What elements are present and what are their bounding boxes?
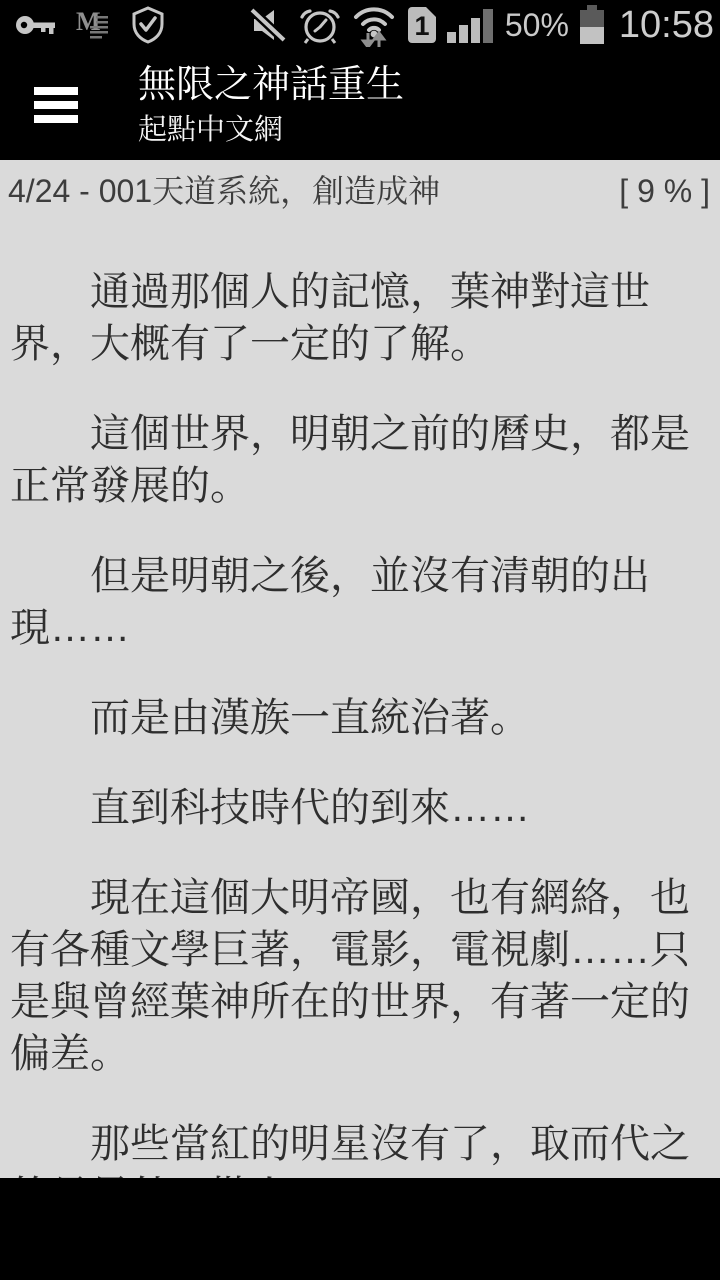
paragraph: 但是明朝之後，並沒有清朝的出現…… (10, 550, 710, 654)
paragraph: 現在這個大明帝國，也有網絡，也有各種文學巨著，電影，電視劇……只是與曾經葉神所在… (10, 872, 710, 1080)
paragraph: 通過那個人的記憶，葉神對這世界，大概有了一定的了解。 (10, 266, 710, 370)
reading-progress-label: [ 9 % ] (619, 174, 710, 208)
wifi-data-arrows-icon (350, 3, 398, 47)
battery-icon (578, 5, 606, 45)
notification-icons: M (16, 6, 166, 44)
app-header: 無限之神話重生 起點中文網 (0, 50, 720, 160)
sim-card-icon: 1 (407, 6, 437, 44)
shield-check-icon (130, 6, 166, 44)
paragraph: 這個世界，明朝之前的曆史，都是正常發展的。 (10, 408, 710, 512)
paragraph: 而是由漢族一直統治著。 (10, 692, 710, 744)
clock-label: 10:58 (619, 4, 714, 47)
book-source: 起點中文網 (138, 112, 404, 148)
m-notification-icon: M (76, 8, 110, 42)
header-titles: 無限之神話重生 起點中文網 (138, 62, 404, 148)
system-status-icons: 1 50% 10:58 (248, 3, 714, 47)
reader-text: 通過那個人的記憶，葉神對這世界，大概有了一定的了解。這個世界，明朝之前的曆史，都… (0, 208, 720, 1222)
key-icon (16, 13, 56, 37)
alarm-icon (299, 5, 341, 45)
signal-strength-icon (446, 6, 496, 44)
paragraph: 直到科技時代的到來…… (10, 782, 710, 834)
battery-percent-label: 50% (505, 7, 569, 44)
bottom-bar (0, 1178, 720, 1280)
hamburger-menu-icon[interactable] (34, 81, 78, 129)
book-title: 無限之神話重生 (138, 62, 404, 108)
svg-text:1: 1 (414, 11, 429, 41)
status-bar[interactable]: M (0, 0, 720, 50)
chapter-info-bar: 4/24 - 001天道系統，創造成神 [ 9 % ] (0, 160, 720, 208)
mute-icon (248, 7, 290, 43)
reader-area[interactable]: 4/24 - 001天道系統，創造成神 [ 9 % ] 通過那個人的記憶，葉神對… (0, 160, 720, 1280)
chapter-position-label: 4/24 - 001天道系統，創造成神 (8, 174, 440, 208)
